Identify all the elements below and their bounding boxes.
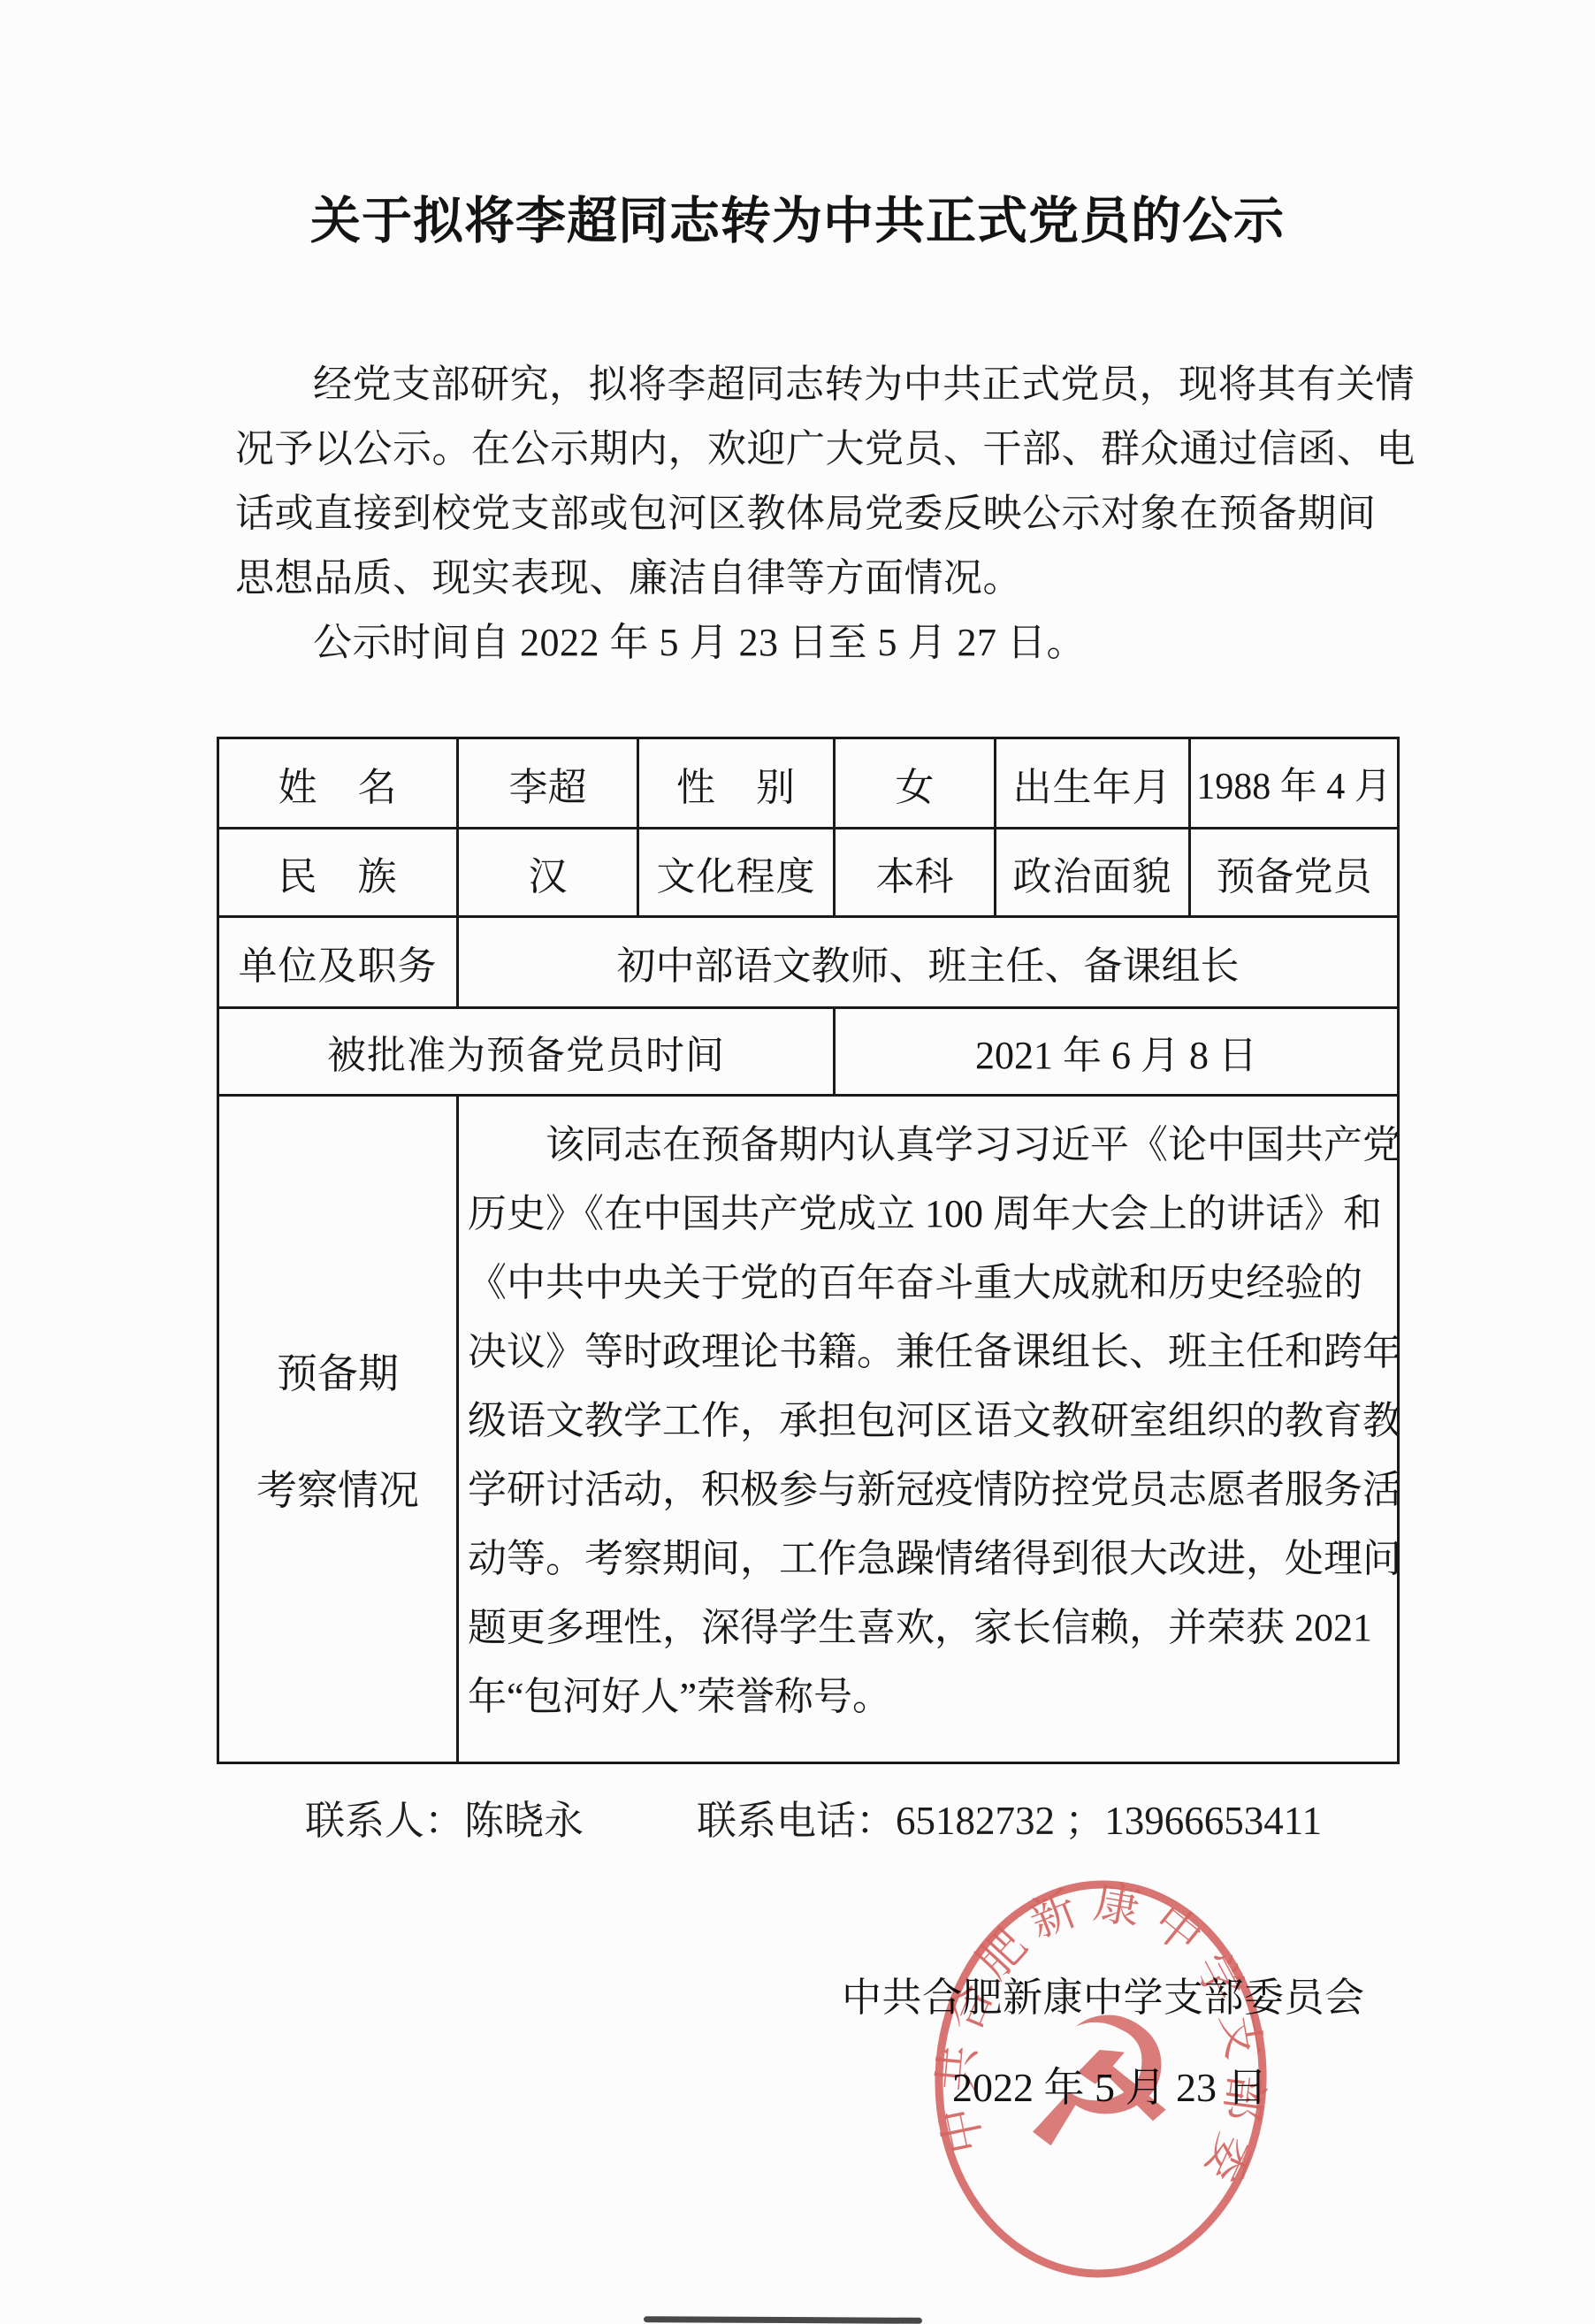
contact-phone: 联系电话：65182732 ；13966653411 bbox=[697, 1788, 1322, 1846]
name-value: 李超 bbox=[458, 738, 638, 829]
name-label: 姓 名 bbox=[218, 738, 458, 829]
birthdate-label: 出生年月 bbox=[996, 738, 1190, 829]
education-label: 文化程度 bbox=[638, 829, 835, 917]
gender-value: 女 bbox=[835, 738, 996, 829]
probation-review-label-cell: 预备期 考察情况 bbox=[218, 1096, 458, 1763]
signature-org: 中共合肥新康中学支部委员会 bbox=[842, 1965, 1365, 2022]
probation-review-label-line1: 预备期 bbox=[277, 1342, 399, 1400]
review-line: 历史》《在中国共产党成立 100 周年大会上的讲话》和 bbox=[468, 1180, 1392, 1249]
political-status-value: 预备党员 bbox=[1190, 829, 1399, 917]
review-line: 动等。考察期间，工作急躁情绪得到很大改进，处理问 bbox=[468, 1525, 1392, 1594]
unit-position-label: 单位及职务 bbox=[218, 917, 458, 1008]
probation-review-text-cell: 该同志在预备期内认真学习习近平《论中国共产党 历史》《在中国共产党成立 100 … bbox=[458, 1096, 1399, 1763]
scan-artifact-smudge bbox=[644, 2316, 922, 2324]
table-row: 被批准为预备党员时间 2021 年 6 月 8 日 bbox=[218, 1008, 1399, 1096]
body-line: 话或直接到校党支部或包河区教体局党委反映公示对象在预备期间 bbox=[235, 481, 1424, 546]
page-title: 关于拟将李超同志转为中共正式党员的公示 bbox=[0, 189, 1595, 253]
member-info-table: 姓 名 李超 性 别 女 出生年月 1988 年 4 月 民 族 汉 文化程度 … bbox=[217, 737, 1400, 1764]
review-line: 《中共中央关于党的百年奋斗重大成就和历史经验的 bbox=[468, 1249, 1392, 1318]
gender-label: 性 别 bbox=[638, 738, 835, 829]
review-line: 学研讨活动，积极参与新冠疫情防控党员志愿者服务活 bbox=[468, 1456, 1392, 1525]
probation-approved-value: 2021 年 6 月 8 日 bbox=[835, 1008, 1399, 1096]
review-line: 级语文教学工作，承担包河区语文教研室组织的教育教 bbox=[468, 1387, 1392, 1456]
body-line: 思想品质、现实表现、廉洁自律等方面情况。 bbox=[235, 546, 1424, 610]
unit-position-value: 初中部语文教师、班主任、备课组长 bbox=[458, 917, 1399, 1008]
table-row: 单位及职务 初中部语文教师、班主任、备课组长 bbox=[218, 917, 1399, 1008]
political-status-label: 政治面貌 bbox=[996, 829, 1190, 917]
notice-body: 经党支部研究，拟将李超同志转为中共正式党员，现将其有关情 况予以公示。在公示期内… bbox=[235, 352, 1424, 675]
table-row: 民 族 汉 文化程度 本科 政治面貌 预备党员 bbox=[218, 829, 1399, 917]
table-row: 姓 名 李超 性 别 女 出生年月 1988 年 4 月 bbox=[218, 738, 1399, 829]
ethnicity-label: 民 族 bbox=[218, 829, 458, 917]
education-value: 本科 bbox=[835, 829, 996, 917]
review-line: 题更多理性，深得学生喜欢，家长信赖，并荣获 2021 bbox=[468, 1594, 1392, 1663]
contact-person: 联系人：陈晓永 bbox=[305, 1788, 584, 1846]
table-row: 预备期 考察情况 该同志在预备期内认真学习习近平《论中国共产党 历史》《在中国共… bbox=[218, 1096, 1399, 1763]
birthdate-value: 1988 年 4 月 bbox=[1190, 738, 1399, 829]
signature-date: 2022 年 5 月 23 日 bbox=[952, 2055, 1268, 2114]
review-line: 决议》等时政理论书籍。兼任备课组长、班主任和跨年 bbox=[468, 1318, 1392, 1387]
ethnicity-value: 汉 bbox=[458, 829, 638, 917]
scanned-notice-document: 关于拟将李超同志转为中共正式党员的公示 经党支部研究，拟将李超同志转为中共正式党… bbox=[0, 0, 1595, 2324]
probation-review-label-line2: 考察情况 bbox=[256, 1458, 419, 1517]
seal-rim-text: 中共合肥新康中学支部委员会 bbox=[918, 1865, 1279, 2200]
body-line: 经党支部研究，拟将李超同志转为中共正式党员，现将其有关情 bbox=[235, 352, 1424, 417]
review-line: 该同志在预备期内认真学习习近平《论中国共产党 bbox=[468, 1111, 1392, 1180]
publicity-period-line: 公示时间自 2022 年 5 月 23 日至 5 月 27 日。 bbox=[235, 610, 1424, 675]
review-line: 年“包河好人”荣誉称号。 bbox=[468, 1663, 1392, 1732]
probation-approved-label: 被批准为预备党员时间 bbox=[218, 1008, 835, 1096]
body-line: 况予以公示。在公示期内，欢迎广大党员、干部、群众通过信函、电 bbox=[235, 417, 1424, 481]
